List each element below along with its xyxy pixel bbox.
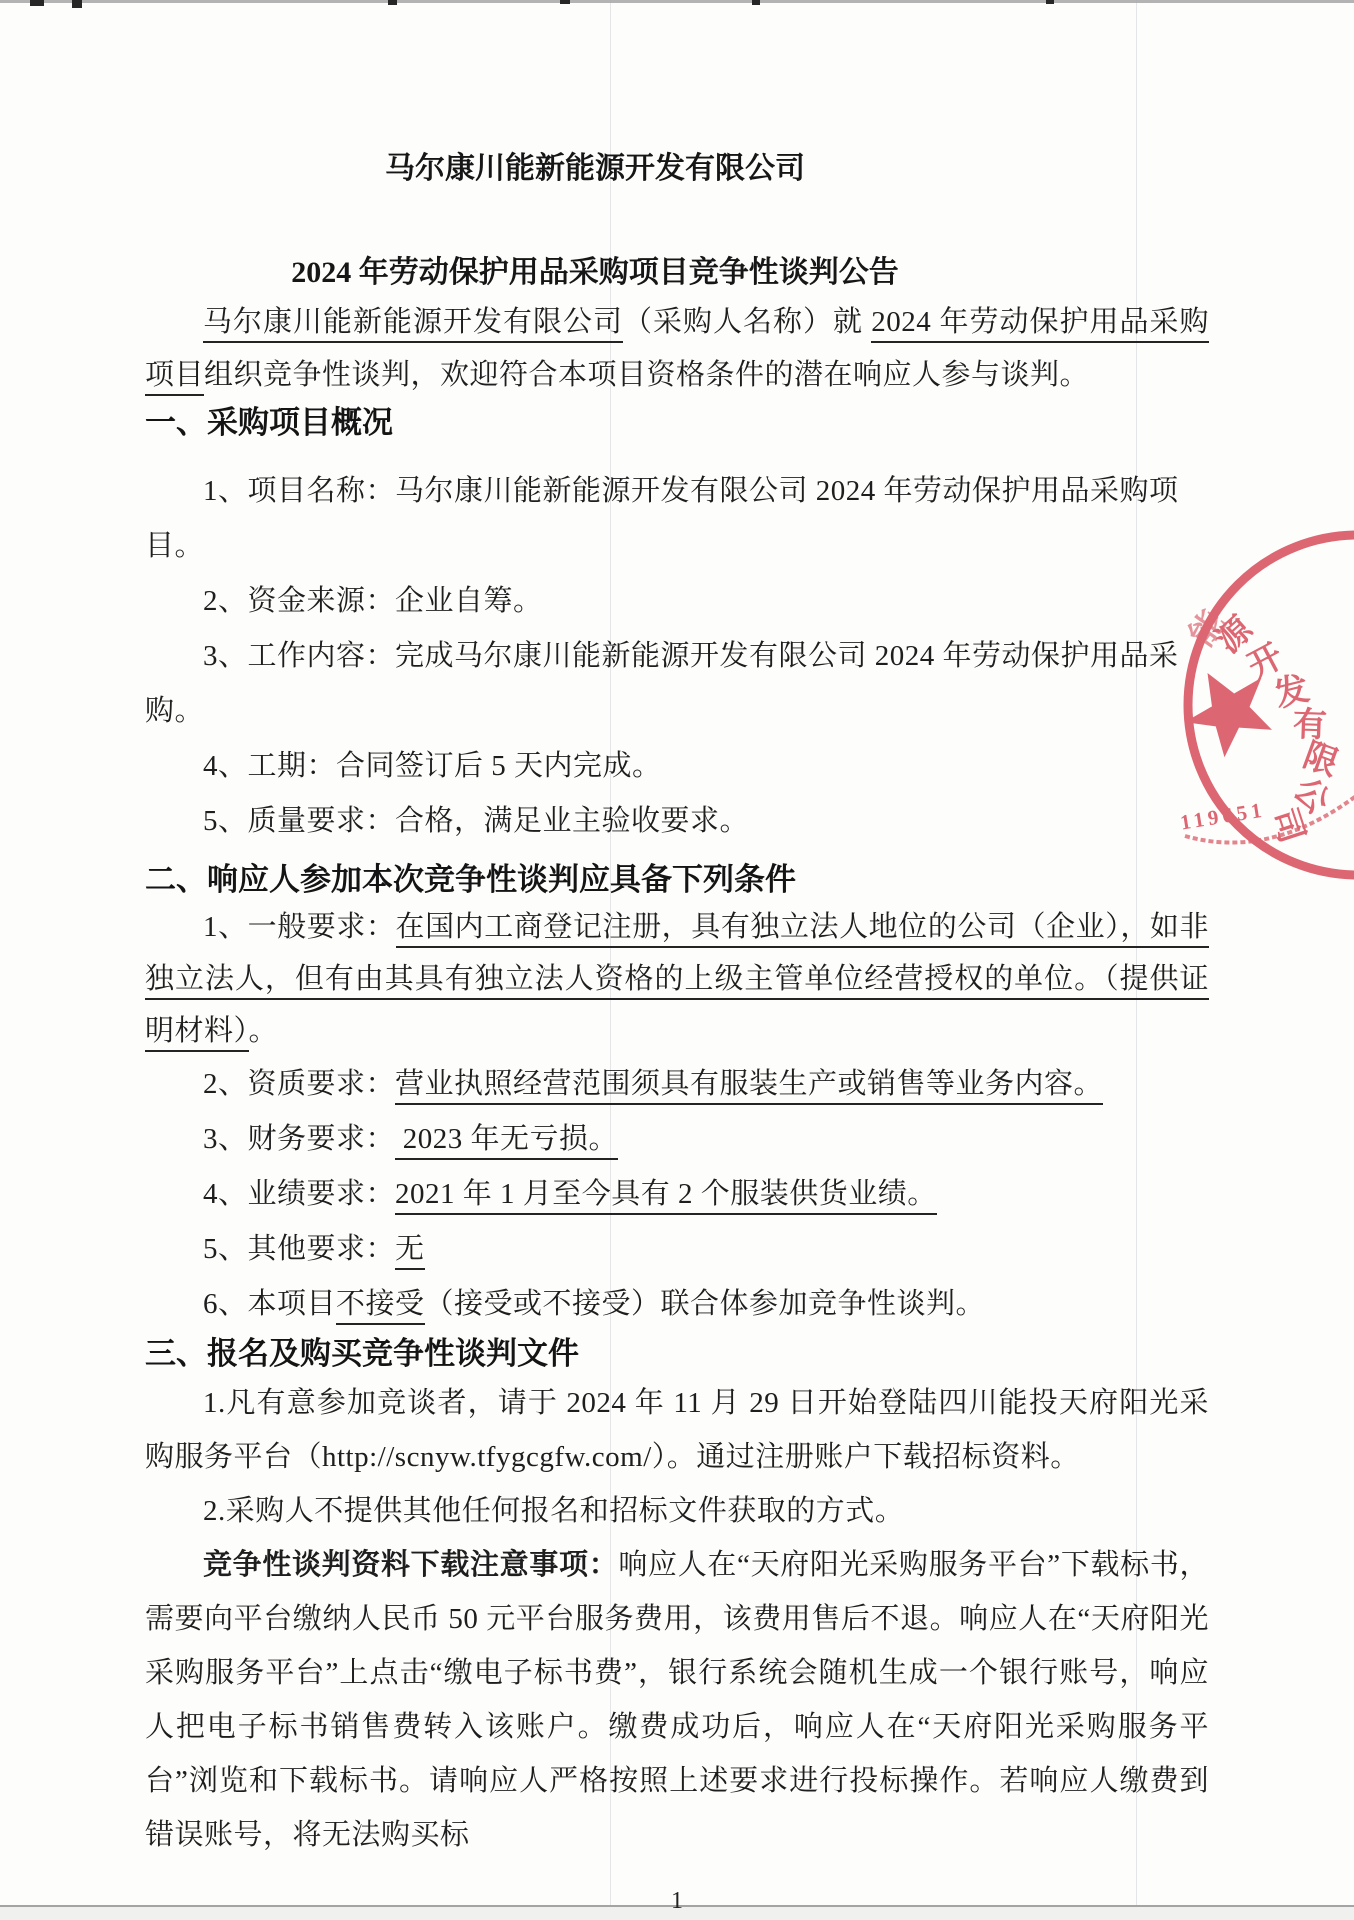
no-other-method-paragraph: 2.采购人不提供其他任何报名和招标文件获取的方式。 <box>145 1484 1209 1538</box>
requirement-value: 2023 年无亏损。 <box>395 1123 618 1160</box>
intro-paragraph: 马尔康川能新能源开发有限公司（采购人名称）就 2024 年劳动保护用品采购项目组… <box>145 296 1209 402</box>
section-2-heading: 二、响应人参加本次竞争性谈判应具备下列条件 <box>145 859 1209 901</box>
requirement-value: 2021 年 1 月至今具有 2 个服装供货业绩。 <box>395 1178 937 1215</box>
requirement-label: 1、一般要求： <box>203 911 396 943</box>
section-1-heading: 一、采购项目概况 <box>145 402 1209 444</box>
intro-mid-text: （采购人名称）就 <box>623 306 871 338</box>
seal-arc-char: 开 <box>1237 629 1290 688</box>
download-notice-paragraph: 竞争性谈判资料下载注意事项：响应人在“天府阳光采购服务平台”下载标书，需要向平台… <box>145 1538 1209 1862</box>
requirement-value: 无 <box>395 1233 425 1270</box>
requirement-performance: 4、业绩要求：2021 年 1 月至今具有 2 个服装供货业绩。 <box>145 1167 1209 1222</box>
requirement-label: 4、业绩要求： <box>203 1178 395 1210</box>
list-item: 5、质量要求：合格，满足业主验收要求。 <box>145 794 1209 849</box>
requirement-label: 5、其他要求： <box>203 1233 395 1265</box>
document-header: 马尔康川能新能源开发有限公司 2024 年劳动保护用品采购项目竞争性谈判公告 <box>145 146 1045 296</box>
scan-artifact-nick <box>72 0 82 8</box>
requirement-other: 5、其他要求：无 <box>145 1222 1209 1277</box>
requirement-pre: 6、本项目 <box>203 1288 336 1320</box>
requirement-label: 3、财务要求： <box>203 1123 395 1155</box>
requirement-financial: 3、财务要求： 2023 年无亏损。 <box>145 1112 1209 1167</box>
project-overview-list: 1、项目名称：马尔康川能新能源开发有限公司 2024 年劳动保护用品采购项目。 … <box>145 464 1209 849</box>
registration-paragraph: 1.凡有意参加竞谈者，请于 2024 年 11 月 29 日开始登陆四川能投天府… <box>145 1376 1209 1484</box>
requirement-general: 1、一般要求：在国内工商登记注册，具有独立法人地位的公司（企业），如非独立法人，… <box>145 901 1209 1057</box>
requirement-post: （接受或不接受）联合体参加竞争性谈判。 <box>425 1288 986 1320</box>
list-item: 1、项目名称：马尔康川能新能源开发有限公司 2024 年劳动保护用品采购项目。 <box>145 464 1209 574</box>
document-title: 马尔康川能新能源开发有限公司 <box>145 146 1045 192</box>
download-notice-label: 竞争性谈判资料下载注意事项： <box>203 1549 618 1581</box>
seal-circle-icon <box>1188 535 1354 875</box>
requirement-value: 营业执照经营范围须具有服装生产或销售等业务内容。 <box>395 1068 1103 1105</box>
seal-arc-char: 公 <box>1285 764 1344 822</box>
requirement-qualification: 2、资质要求：营业执照经营范围须具有服装生产或销售等业务内容。 <box>145 1057 1209 1112</box>
requirement-label: 2、资质要求： <box>203 1068 395 1100</box>
seal-arc-char: 有 <box>1292 696 1328 746</box>
document-body: 马尔康川能新能源开发有限公司 2024 年劳动保护用品采购项目竞争性谈判公告 马… <box>145 0 1209 1915</box>
intro-rest-text: 组织竞争性谈判，欢迎符合本项目资格条件的潜在响应人参与谈判。 <box>204 359 1089 391</box>
announcement-subtitle: 2024 年劳动保护用品采购项目竞争性谈判公告 <box>145 250 1045 296</box>
requirement-consortium: 6、本项目不接受（接受或不接受）联合体参加竞争性谈判。 <box>145 1277 1209 1332</box>
seal-arc-char: 源 <box>1203 603 1261 662</box>
download-notice-body: 响应人在“天府阳光采购服务平台”下载标书，需要向平台缴纳人民币 50 元平台服务… <box>145 1549 1209 1851</box>
scan-artifact-nick <box>30 0 44 6</box>
list-item: 4、工期：合同签订后 5 天内完成。 <box>145 739 1209 794</box>
purchaser-name: 马尔康川能新能源开发有限公司 <box>203 306 623 343</box>
section-3-heading: 三、报名及购买竞争性谈判文件 <box>145 1332 1209 1376</box>
seal-arc-char: 司 <box>1262 801 1319 848</box>
list-item: 2、资金来源：企业自筹。 <box>145 574 1209 629</box>
list-item: 3、工作内容：完成马尔康川能新能源开发有限公司 2024 年劳动保护用品采购。 <box>145 629 1209 739</box>
requirement-tail: 。 <box>249 1015 279 1047</box>
scan-page: 马尔康川能新能源开发有限公司 2024 年劳动保护用品采购项目竞争性谈判公告 马… <box>0 0 1354 1920</box>
page-number: 1 <box>145 1888 1209 1915</box>
seal-bottom-arc-texture <box>1185 796 1354 843</box>
seal-arc-char: 发 <box>1269 661 1314 717</box>
requirement-value: 不接受 <box>336 1288 425 1325</box>
seal-arc-char: 限 <box>1298 728 1347 786</box>
